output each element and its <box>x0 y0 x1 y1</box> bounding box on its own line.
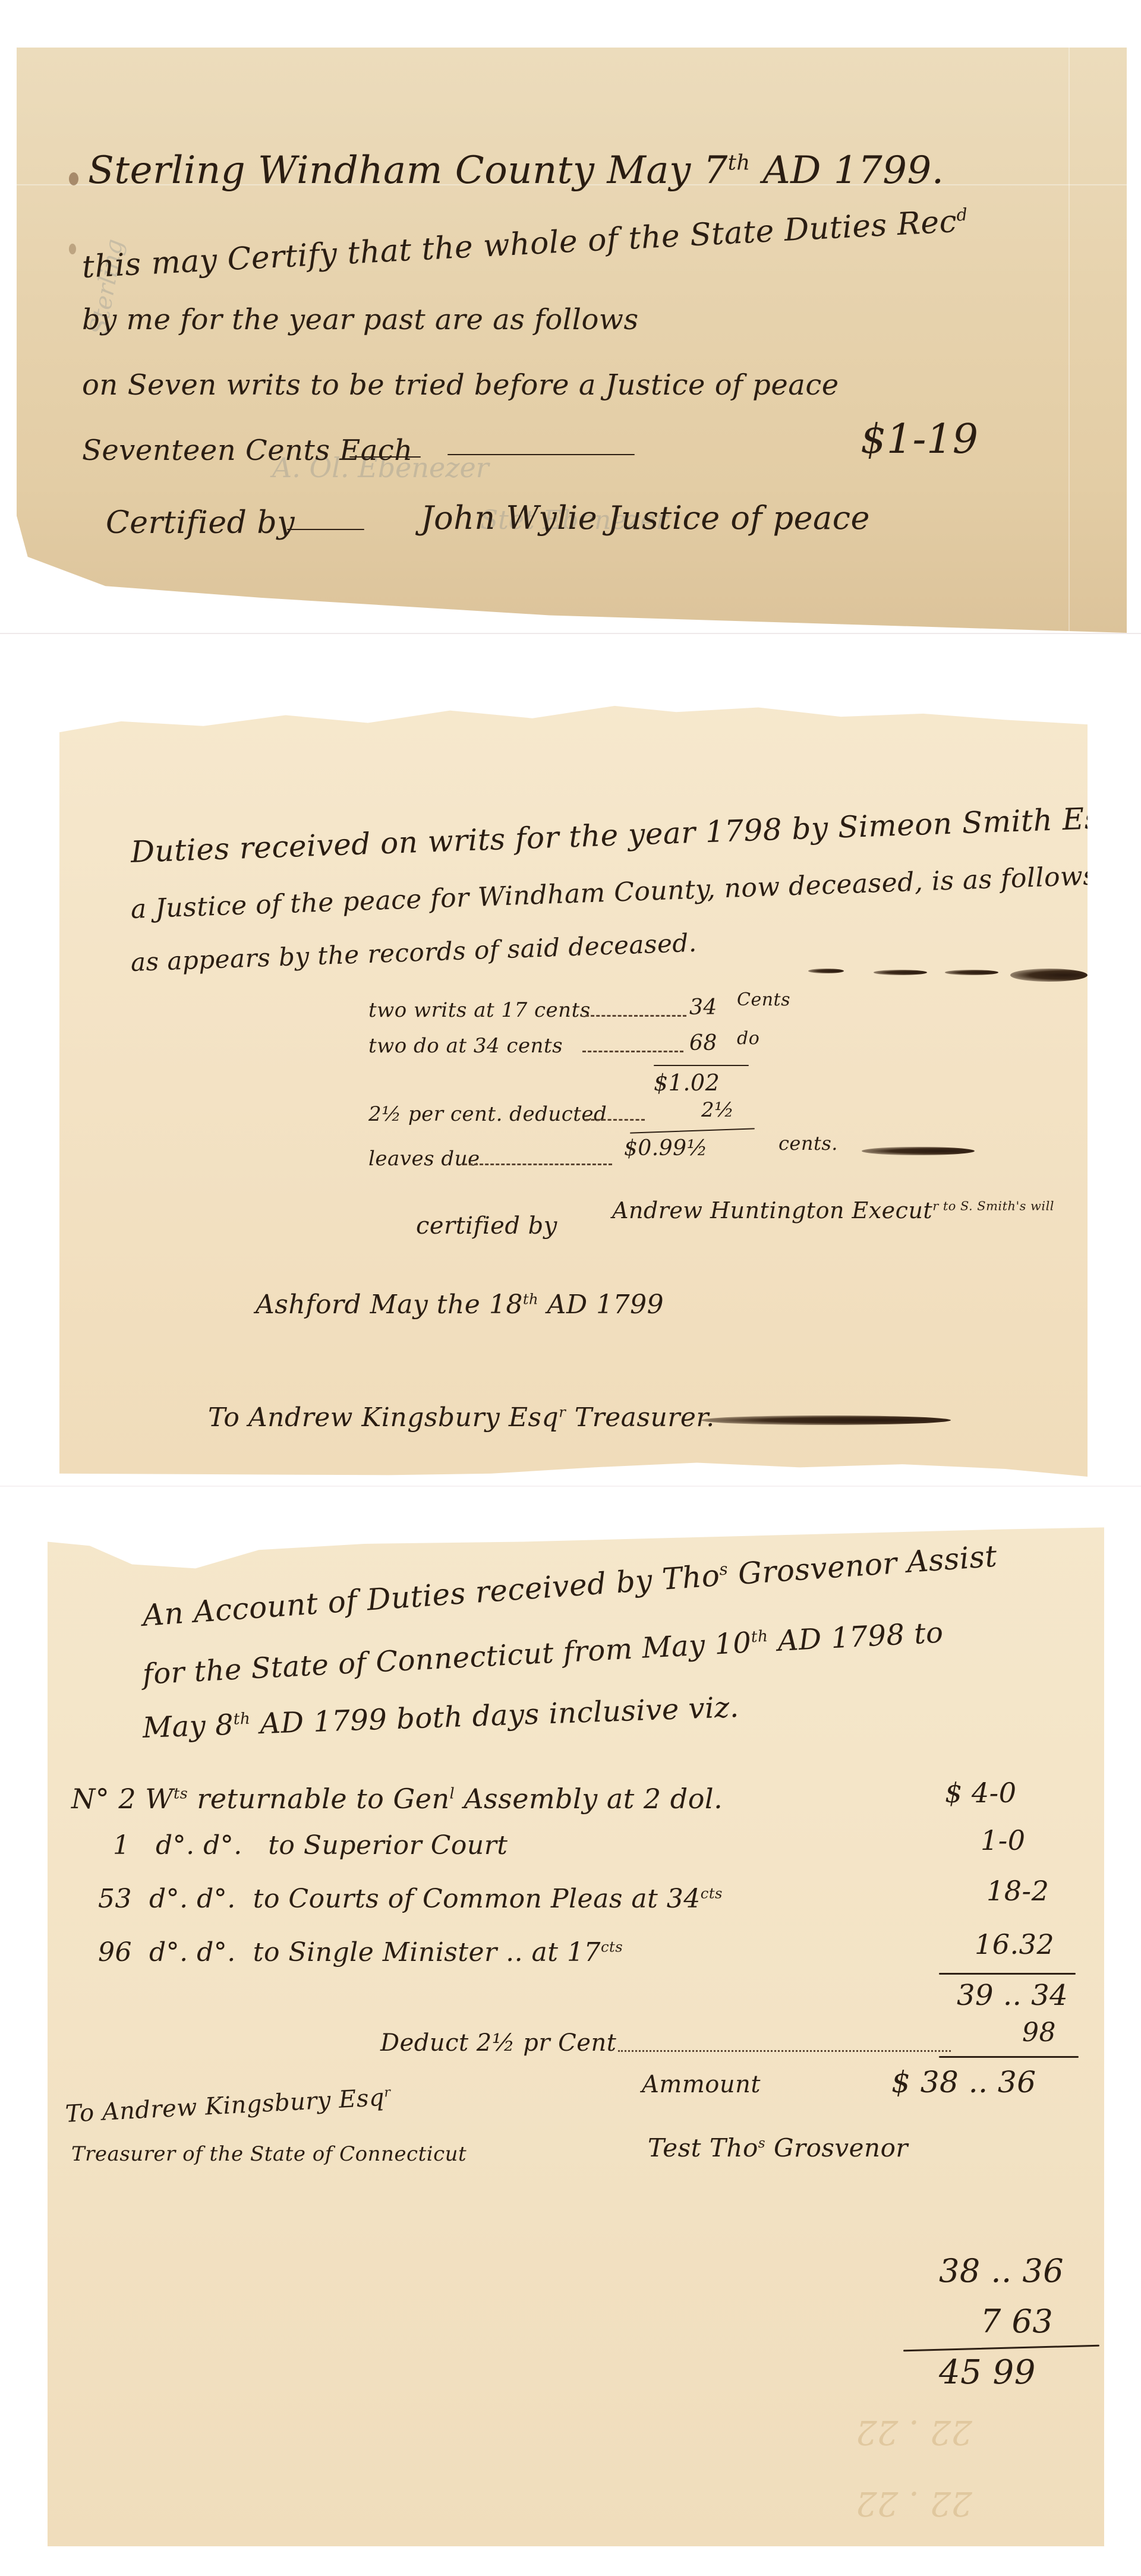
ledger-amount: 68 <box>689 1031 717 1055</box>
account-inclusive-line: May 8th AD 1799 both days inclusive viz. <box>142 1691 739 1745</box>
deduction-label: 2½ per cent. deducted <box>368 1102 607 1126</box>
bleed-through-text: 22 . 22 <box>856 2484 972 2523</box>
ledger-amount: $ 4-0 <box>945 1777 1016 1809</box>
sum-rule <box>654 1065 749 1066</box>
side-sum-line: 7 63 <box>981 2303 1053 2340</box>
balance-unit: cents. <box>778 1132 838 1155</box>
addressee-line: To Andrew Kingsbury Esqr Treasurer. <box>208 1402 715 1433</box>
ledger-subtotal: $1.02 <box>654 1070 720 1096</box>
ledger-count: 96 <box>98 1937 132 1968</box>
ledger-desc: W <box>145 1783 174 1815</box>
ledger-desc: d°. d°. <box>149 1937 236 1968</box>
deduction-label: Deduct 2½ pr Cent <box>380 2029 616 2057</box>
ink-flourish <box>808 969 844 973</box>
ledger-amount: 16.32 <box>975 1928 1054 1960</box>
ledger-amount: 34 <box>689 995 717 1020</box>
leader-line <box>287 529 364 530</box>
ledger-desc: d°. d°. <box>156 1830 242 1861</box>
document-ashford-receipt: Duties received on writs for the year 17… <box>59 701 1088 1477</box>
balance-amount: $0.99½ <box>624 1136 708 1161</box>
certified-label: certified by <box>416 1212 557 1240</box>
signature-andrew-huntington: Andrew Huntington Executr to S. Smith's … <box>612 1197 1054 1224</box>
sum-rule <box>939 1973 1076 1975</box>
document-heading: Sterling Windham County May 7th AD 1799. <box>88 149 944 193</box>
ledger-unit: do <box>737 1028 759 1049</box>
addressee-title: Treasurer of the State of Connecticut <box>71 2142 467 2166</box>
duties-heading-line: Duties received on writs for the year 17… <box>130 800 1128 869</box>
ink-flourish <box>874 970 927 975</box>
balance-label: leaves due <box>368 1147 480 1171</box>
leader-dashes <box>464 1164 612 1165</box>
ledger-unit: Cents <box>737 989 790 1010</box>
writs-line: on Seven writs to be tried before a Just… <box>82 368 839 402</box>
ledger-label: two writs at 17 cents <box>368 998 591 1022</box>
ledger-amount: 1-0 <box>981 1824 1026 1856</box>
side-sum-line: 38 .. 36 <box>939 2252 1064 2290</box>
leader-dashes <box>582 1051 683 1052</box>
date-line: Ashford May the 18th AD 1799 <box>256 1289 664 1320</box>
item-label: Seventeen Cents Each <box>82 434 413 467</box>
leader-line <box>349 456 421 458</box>
sum-rule <box>630 1128 755 1133</box>
body-line: by me for the year past are as follows <box>82 303 639 336</box>
leader-dashes <box>585 1015 686 1017</box>
ledger-desc: d°. d°. <box>149 1884 236 1914</box>
net-amount: $ 38 .. 36 <box>891 2065 1036 2099</box>
account-date-range-line: for the State of Connecticut from May 10… <box>142 1616 944 1691</box>
scan-seam <box>0 633 1141 634</box>
ledger-total: 39 .. 34 <box>957 1979 1068 2012</box>
leader-dashes <box>618 2050 951 2052</box>
net-label: Ammount <box>642 2071 761 2098</box>
attestation-signature: Test Thos Grosvenor <box>648 2133 908 2162</box>
document-sterling-receipt: Sterling A. Ol. Ebenezer Stet Ebenezer S… <box>17 48 1127 633</box>
leader-dashes <box>585 1119 645 1121</box>
signature-john-wylie: John Wylie Justice of peace <box>421 499 870 537</box>
certify-line: this may Certify that the whole of the S… <box>81 203 969 285</box>
addressee-line: To Andrew Kingsbury Esqr <box>65 2083 392 2128</box>
deduction-amount: 2½ <box>701 1098 735 1122</box>
records-line: as appears by the records of said deceas… <box>130 928 697 977</box>
scan-seam <box>0 1486 1141 1487</box>
ink-flourish <box>701 1415 951 1425</box>
certified-label: Certified by <box>106 505 295 541</box>
ledger-label: two do at 34 cents <box>368 1034 563 1058</box>
ledger-row: 96 d°. d°. to Single Minister .. at 17ct… <box>98 1937 623 1968</box>
ink-flourish <box>945 970 998 975</box>
justice-line: a Justice of the peace for Windham Count… <box>130 860 1097 925</box>
ledger-row: N° 2 Wts returnable to Genl Assembly at … <box>71 1783 723 1815</box>
ledger-count: N° 2 <box>71 1783 136 1815</box>
ledger-amount: 18-2 <box>986 1875 1049 1907</box>
deduction-amount: 98 <box>1022 2017 1056 2048</box>
ledger-row: 53 d°. d°. to Courts of Common Pleas at … <box>98 1884 723 1914</box>
bleed-through-text: 22 . 22 <box>856 2413 972 2451</box>
ledger-count: 1 <box>113 1830 130 1861</box>
ink-flourish <box>862 1147 975 1155</box>
side-sum-total: 45 99 <box>939 2353 1036 2392</box>
ledger-row: 1 d°. d°. to Superior Court <box>113 1830 508 1861</box>
sum-rule <box>939 2056 1079 2058</box>
ink-spot <box>69 172 78 185</box>
ledger-count: 53 <box>98 1884 132 1914</box>
document-grosvenor-account: An Account of Duties received by Thos Gr… <box>48 1521 1104 2546</box>
account-title-line: An Account of Duties received by Thos Gr… <box>141 1539 998 1633</box>
ink-flourish <box>1010 969 1088 982</box>
leader-line <box>447 454 635 455</box>
item-amount: $1-19 <box>861 416 979 463</box>
fold-crease <box>1068 48 1070 633</box>
ink-spot <box>69 244 76 254</box>
sum-rule <box>903 2345 1099 2352</box>
